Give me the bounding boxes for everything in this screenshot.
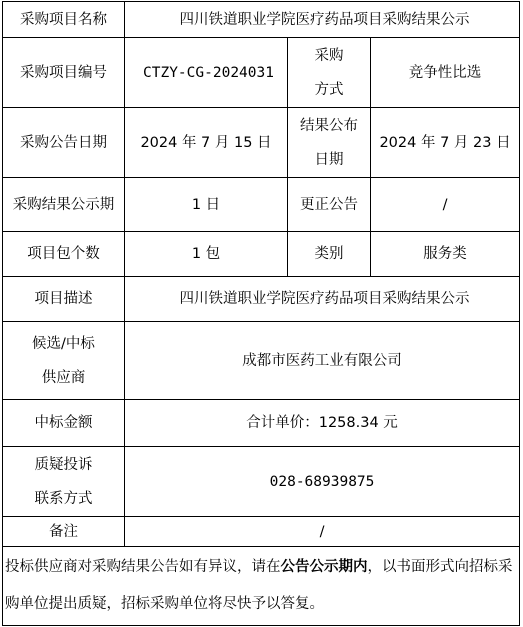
value-result-period: 1 日 [125, 178, 288, 232]
note-text: 投标供应商对采购结果公告如有异议，请在公告公示期内，以书面形式向招标采购单位提出… [3, 547, 520, 626]
note-bold-period: 公告公示期内 [281, 559, 368, 575]
procurement-result-table: 采购项目名称 四川铁道职业学院医疗药品项目采购结果公示 采购项目编号 CTZY-… [2, 1, 520, 626]
value-category: 服务类 [371, 232, 520, 277]
value-contact: 028-68939875 [125, 447, 520, 517]
row-note: 投标供应商对采购结果公告如有异议，请在公告公示期内，以书面形式向招标采购单位提出… [3, 547, 520, 626]
label-project-name: 采购项目名称 [3, 2, 125, 38]
label-remark: 备注 [3, 517, 125, 547]
label-contact: 质疑投诉联系方式 [3, 447, 125, 517]
value-project-code: CTZY-CG-2024031 [125, 38, 288, 108]
row-project-code: 采购项目编号 CTZY-CG-2024031 采购方式 竞争性比选 [3, 38, 520, 108]
label-description: 项目描述 [3, 277, 125, 322]
row-contact: 质疑投诉联系方式 028-68939875 [3, 447, 520, 517]
row-description: 项目描述 四川铁道职业学院医疗药品项目采购结果公示 [3, 277, 520, 322]
label-correction: 更正公告 [288, 178, 371, 232]
label-supplier: 候选/中标供应商 [3, 322, 125, 400]
label-line: 质疑投诉 [35, 457, 93, 473]
label-line: 日期 [315, 152, 344, 168]
value-procurement-method: 竞争性比选 [371, 38, 520, 108]
label-line: 采购 [315, 48, 344, 64]
row-amount: 中标金额 合计单价：1258.34 元 [3, 400, 520, 447]
value-announce-date: 2024 年 7 月 15 日 [125, 108, 288, 178]
note-part: 投标供应商对采购结果公告如有异议，请在 [5, 559, 281, 575]
label-project-code: 采购项目编号 [3, 38, 125, 108]
value-description: 四川铁道职业学院医疗药品项目采购结果公示 [125, 277, 520, 322]
value-correction: / [371, 178, 520, 232]
row-project-name: 采购项目名称 四川铁道职业学院医疗药品项目采购结果公示 [3, 2, 520, 38]
label-line: 供应商 [42, 370, 86, 386]
value-remark: / [125, 517, 520, 547]
label-line: 结果公布 [300, 118, 358, 134]
value-supplier: 成都市医药工业有限公司 [125, 322, 520, 400]
value-package-count: 1 包 [125, 232, 288, 277]
row-remark: 备注 / [3, 517, 520, 547]
label-category: 类别 [288, 232, 371, 277]
value-result-date: 2024 年 7 月 23 日 [371, 108, 520, 178]
row-result-period: 采购结果公示期 1 日 更正公告 / [3, 178, 520, 232]
label-result-date: 结果公布日期 [288, 108, 371, 178]
row-package-count: 项目包个数 1 包 类别 服务类 [3, 232, 520, 277]
value-project-name: 四川铁道职业学院医疗药品项目采购结果公示 [125, 2, 520, 38]
label-announce-date: 采购公告日期 [3, 108, 125, 178]
label-line: 方式 [315, 82, 344, 98]
label-result-period: 采购结果公示期 [3, 178, 125, 232]
row-announce-date: 采购公告日期 2024 年 7 月 15 日 结果公布日期 2024 年 7 月… [3, 108, 520, 178]
label-line: 候选/中标 [32, 336, 95, 352]
label-procurement-method: 采购方式 [288, 38, 371, 108]
value-amount: 合计单价：1258.34 元 [125, 400, 520, 447]
label-package-count: 项目包个数 [3, 232, 125, 277]
row-supplier: 候选/中标供应商 成都市医药工业有限公司 [3, 322, 520, 400]
label-line: 联系方式 [35, 491, 93, 507]
label-amount: 中标金额 [3, 400, 125, 447]
